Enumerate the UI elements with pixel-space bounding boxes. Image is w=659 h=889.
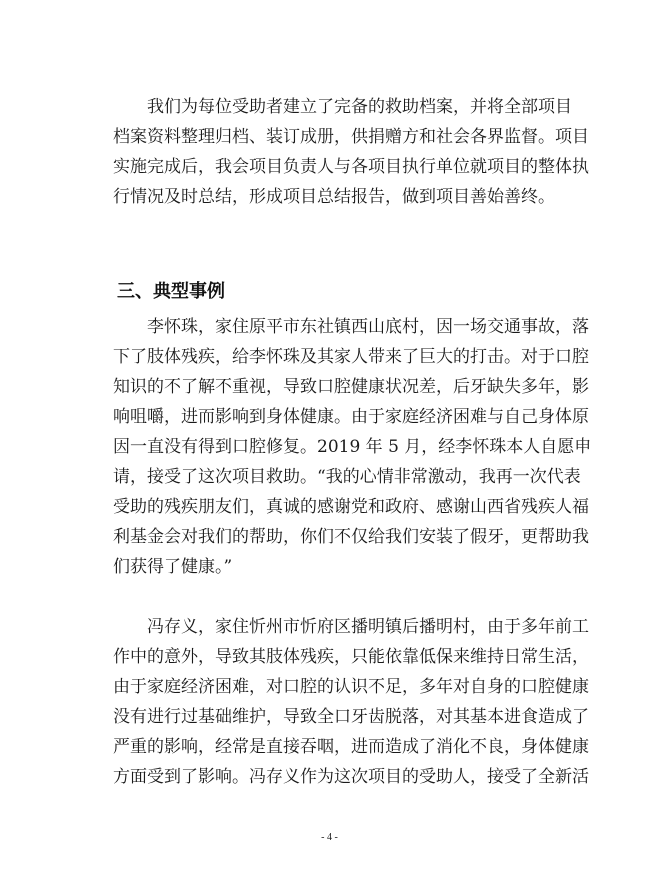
text-line: 方面受到了影响。冯存义作为这次项目的受助人，接受了全新活 (113, 762, 550, 792)
text-line: 因一直没有得到口腔修复。2019 年 5 月，经李怀珠本人自愿申 (113, 432, 550, 462)
text-line: 们获得了健康。” (113, 552, 550, 582)
text-line: 下了肢体残疾，给李怀珠及其家人带来了巨大的打击。对于口腔 (113, 342, 550, 372)
text-line: 冯存义，家住忻州市忻府区播明镇后播明村，由于多年前工 (147, 612, 550, 642)
text-line: 行情况及时总结，形成项目总结报告，做到项目善始善终。 (113, 182, 550, 212)
text-line: 请，接受了这次项目救助。“我的心情非常激动，我再一次代表 (113, 462, 550, 492)
document-page: 我们为每位受助者建立了完备的救助档案，并将全部项目 档案资料整理归档、装订成册，… (0, 0, 659, 889)
text-line: 我们为每位受助者建立了完备的救助档案，并将全部项目 (147, 92, 550, 122)
text-line: 李怀珠，家住原平市东社镇西山底村，因一场交通事故，落 (147, 312, 550, 342)
text-line: 作中的意外，导致其肢体残疾，只能依靠低保来维持日常生活， (113, 642, 550, 672)
text-line: 由于家庭经济困难，对口腔的认识不足，多年对自身的口腔健康 (113, 672, 550, 702)
section-heading: 三、典型事例 (117, 277, 225, 307)
text-line: 受助的残疾朋友们，真诚的感谢党和政府、感谢山西省残疾人福 (113, 492, 550, 522)
text-line: 知识的不了解不重视，导致口腔健康状况差，后牙缺失多年，影 (113, 372, 550, 402)
text-line: 严重的影响，经常是直接吞咽，进而造成了消化不良，身体健康 (113, 732, 550, 762)
text-line: 没有进行过基础维护，导致全口牙齿脱落，对其基本进食造成了 (113, 702, 550, 732)
text-line: 档案资料整理归档、装订成册，供捐赠方和社会各界监督。项目 (113, 122, 550, 152)
page-number: - 4 - (0, 832, 659, 843)
text-line: 利基金会对我们的帮助，你们不仅给我们安装了假牙，更帮助我 (113, 522, 550, 552)
text-line: 实施完成后，我会项目负责人与各项目执行单位就项目的整体执 (113, 152, 550, 182)
text-line: 响咀嚼，进而影响到身体健康。由于家庭经济困难与自己身体原 (113, 402, 550, 432)
